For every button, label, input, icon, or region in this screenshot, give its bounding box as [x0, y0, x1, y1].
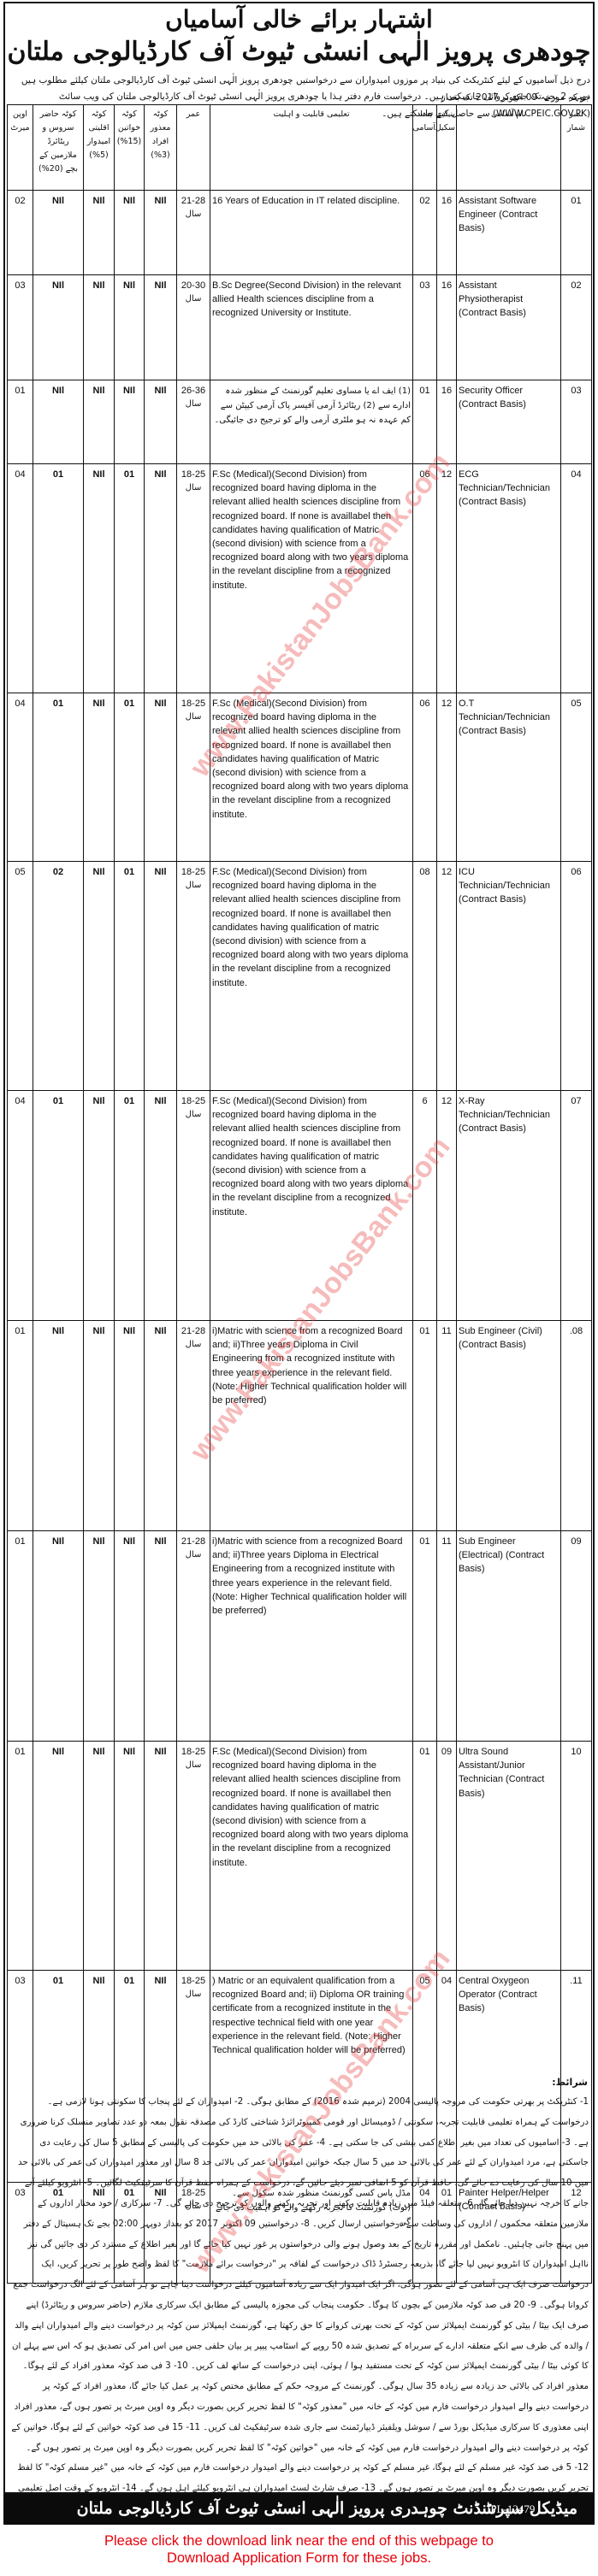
age-range: 21-28 [181, 1536, 205, 1547]
cell-sr: 10 [561, 1742, 592, 1971]
cell-women-quota: 01 [115, 693, 145, 862]
cell-qualification: F.Sc (Medical)(Second Division) from rec… [210, 1742, 413, 1971]
cell-post-name: O.T Technician/Technician (Contract Basi… [457, 693, 561, 862]
column-header-qualification: تعلیمی قابلیت و اہلیت [210, 105, 413, 191]
cell-qualification: F.Sc (Medical)(Second Division) from rec… [210, 464, 413, 693]
cell-service-quota: 01 [33, 1091, 84, 1321]
column-header-bps: بنیادی سکیل [437, 105, 457, 191]
age-range: 18-25 [181, 469, 205, 480]
table-row: 02NIlNIlNIlNIl21-28سال16 Years of Educat… [8, 191, 592, 275]
cell-posts: 6 [413, 1091, 437, 1321]
cell-posts: 06 [413, 693, 437, 862]
table-row: 01NIlNIlNIlNIl21-28سالi)Matric with scie… [8, 1321, 592, 1531]
cell-post-name: X-Ray Technician/Technician (Contract Ba… [457, 1091, 561, 1321]
cell-age: 21-28سال [177, 191, 210, 275]
cell-qualification: F.Sc (Medical)(Second Division) from rec… [210, 862, 413, 1091]
cell-minority-quota: NIl [84, 464, 115, 693]
cell-service-quota: NIl [33, 380, 84, 464]
age-unit: سال [179, 481, 208, 495]
cell-open-merit: 04 [8, 1091, 33, 1321]
cell-open-merit: 01 [8, 1321, 33, 1531]
cell-women-quota: NIl [115, 275, 145, 380]
vacancies-table: اوپن میرٹکوٹہ حاضر سروس و ریٹائرڈ ملازمی… [7, 104, 592, 2284]
cell-service-quota: NIl [33, 1742, 84, 1971]
age-unit: سال [179, 398, 208, 411]
cell-age: 18-25سال [177, 1742, 210, 1971]
ad-title: اشتہار برائے خالی آسامیاں [0, 7, 598, 32]
age-range: 18-25 [181, 867, 205, 877]
cell-bps: 12 [437, 693, 457, 862]
cell-minority-quota: NIl [84, 1321, 115, 1531]
table-body: 02NIlNIlNIlNIl21-28سال16 Years of Educat… [8, 191, 592, 2284]
column-header-disabled-quota: کوٹہ معذور افراد (3%) [145, 105, 177, 191]
signature-text: میڈیکل سپرنٹنڈنٹ چوہدری پرویز الٰہی انسٹ… [77, 2496, 577, 2521]
cell-bps: 11 [437, 1531, 457, 1742]
conditions-text: 1- کنٹریکٹ پر بھرتی حکومت کی مروجہ پالیس… [10, 2092, 589, 2520]
column-header-age: عمر [177, 105, 210, 191]
cell-disabled-quota: NIl [145, 1742, 177, 1971]
column-header-post-name: نام آسامی [457, 105, 561, 191]
age-range: 21-28 [181, 196, 205, 206]
cell-posts: 02 [413, 191, 437, 275]
cell-age: 26-36سال [177, 380, 210, 464]
age-range: 18-25 [181, 1747, 205, 1757]
cell-women-quota: 01 [115, 862, 145, 1091]
cell-qualification: (1) ایف اے یا مساوی تعلیم گورنمنٹ کے منظ… [210, 380, 413, 464]
cell-sr: 07 [561, 1091, 592, 1321]
cell-post-name: Security Officer (Contract Basis) [457, 380, 561, 464]
cell-minority-quota: NIl [84, 862, 115, 1091]
cell-minority-quota: NIl [84, 275, 115, 380]
download-notice-line-2: Download Application Form for these jobs… [0, 2549, 598, 2567]
cell-women-quota: NIl [115, 1742, 145, 1971]
cell-women-quota: 01 [115, 1091, 145, 1321]
cell-disabled-quota: NIl [145, 1321, 177, 1531]
column-header-open-merit: اوپن میرٹ [8, 105, 33, 191]
table-row: 0502NIl01NIl18-25سالF.Sc (Medical)(Secon… [8, 862, 592, 1091]
age-range: 18-25 [181, 1976, 205, 1986]
cell-qualification: i)Matric with science from a recognized … [210, 1531, 413, 1742]
cell-service-quota: NIl [33, 275, 84, 380]
cell-qualification: i)Matric with science from a recognized … [210, 1321, 413, 1531]
table-row: 0401NIl01NIl18-25سالF.Sc (Medical)(Secon… [8, 1091, 592, 1321]
cell-posts: 01 [413, 380, 437, 464]
cell-minority-quota: NIl [84, 693, 115, 862]
cell-qualification: F.Sc (Medical)(Second Division) from rec… [210, 1091, 413, 1321]
column-header-posts: تعداد آسامی [413, 105, 437, 191]
cell-bps: 12 [437, 1091, 457, 1321]
cell-age: 18-25سال [177, 1091, 210, 1321]
cell-posts: 01 [413, 1742, 437, 1971]
cell-posts: 03 [413, 275, 437, 380]
table-row: 0401NIl01NIl18-25سالF.Sc (Medical)(Secon… [8, 464, 592, 693]
cell-post-name: ICU Technician/Technician (Contract Basi… [457, 862, 561, 1091]
cell-open-merit: 01 [8, 1742, 33, 1971]
age-unit: سال [179, 208, 208, 221]
cell-minority-quota: NIl [84, 1742, 115, 1971]
cell-sr: .08 [561, 1321, 592, 1531]
cell-open-merit: 01 [8, 1531, 33, 1742]
cell-qualification: B.Sc Degree(Second Division) in the rele… [210, 275, 413, 380]
cell-sr: 05 [561, 693, 592, 862]
cell-open-merit: 03 [8, 275, 33, 380]
conditions-heading: شرائط: [552, 2077, 588, 2088]
cell-bps: 16 [437, 380, 457, 464]
cell-post-name: ECG Technician/Technician (Contract Basi… [457, 464, 561, 693]
table-row: 01NIlNIlNIlNIl26-36سال(1) ایف اے یا مساو… [8, 380, 592, 464]
age-unit: سال [179, 879, 208, 893]
cell-service-quota: 01 [33, 693, 84, 862]
download-notice: Please click the download link near the … [0, 2532, 598, 2567]
cell-bps: 16 [437, 191, 457, 275]
age-range: 21-28 [181, 1326, 205, 1336]
cell-sr: 01 [561, 191, 592, 275]
cell-open-merit: 04 [8, 693, 33, 862]
column-header-service-quota: کوٹہ حاضر سروس و ریٹائرڈ ملازمین کے بچے … [33, 105, 84, 191]
cell-disabled-quota: NIl [145, 380, 177, 464]
cell-bps: 12 [437, 464, 457, 693]
age-unit: سال [179, 1988, 208, 2001]
age-unit: سال [179, 1759, 208, 1772]
cell-age: 21-28سال [177, 1531, 210, 1742]
cell-post-name: Ultra Sound Assistant/Junior Technician … [457, 1742, 561, 1971]
age-unit: سال [179, 1338, 208, 1352]
table-row: 03NIlNIlNIlNIl20-30سالB.Sc Degree(Second… [8, 275, 592, 380]
cell-bps: 11 [437, 1321, 457, 1531]
age-unit: سال [179, 710, 208, 724]
age-range: 20-30 [181, 280, 205, 291]
table-row: 01NIlNIlNIlNIl18-25سالF.Sc (Medical)(Sec… [8, 1742, 592, 1971]
cell-minority-quota: NIl [84, 191, 115, 275]
cell-women-quota: 01 [115, 464, 145, 693]
cell-women-quota: NIl [115, 380, 145, 464]
cell-disabled-quota: NIl [145, 1091, 177, 1321]
cell-qualification: F.Sc (Medical)(Second Division) from rec… [210, 693, 413, 862]
cell-disabled-quota: NIl [145, 1531, 177, 1742]
cell-minority-quota: NIl [84, 1531, 115, 1742]
cell-post-name: Assistant Software Engineer (Contract Ba… [457, 191, 561, 275]
cell-age: 18-25سال [177, 693, 210, 862]
age-unit: سال [179, 292, 208, 306]
cell-service-quota: 01 [33, 464, 84, 693]
cell-disabled-quota: NIl [145, 464, 177, 693]
cell-disabled-quota: NIl [145, 862, 177, 1091]
cell-disabled-quota: NIl [145, 191, 177, 275]
cell-sr: 06 [561, 862, 592, 1091]
cell-age: 18-25سال [177, 464, 210, 693]
cell-service-quota: NIl [33, 1531, 84, 1742]
institute-name: چودھری پرویز الٰہی انسٹی ٹیوٹ آف کارڈیال… [0, 38, 598, 67]
column-header-minority-quota: کوٹہ اقلیتی امیدوار (5%) [84, 105, 115, 191]
cell-open-merit: 02 [8, 191, 33, 275]
cell-service-quota: NIl [33, 191, 84, 275]
cell-sr: 09 [561, 1531, 592, 1742]
cell-post-name: Sub Engineer (Electrical) (Contract Basi… [457, 1531, 561, 1742]
cell-age: 20-30سال [177, 275, 210, 380]
age-unit: سال [179, 1108, 208, 1122]
cell-service-quota: 02 [33, 862, 84, 1091]
cell-age: 21-28سال [177, 1321, 210, 1531]
cell-sr: 03 [561, 380, 592, 464]
table-row: 01NIlNIlNIlNIl21-28سالi)Matric with scie… [8, 1531, 592, 1742]
age-unit: سال [179, 1548, 208, 1562]
cell-bps: 16 [437, 275, 457, 380]
cell-sr: 04 [561, 464, 592, 693]
age-range: 26-36 [181, 386, 205, 396]
column-header-sr: نمبر شمار [561, 105, 592, 191]
download-notice-line-1: Please click the download link near the … [0, 2532, 598, 2549]
cell-posts: 08 [413, 862, 437, 1091]
cell-post-name: Assistant Physiotherapist (Contract Basi… [457, 275, 561, 380]
cell-qualification: 16 Years of Education in IT related disc… [210, 191, 413, 275]
cell-service-quota: NIl [33, 1321, 84, 1531]
table-row: 0401NIl01NIl18-25سالF.Sc (Medical)(Secon… [8, 693, 592, 862]
age-range: 18-25 [181, 699, 205, 709]
cell-disabled-quota: NIl [145, 693, 177, 862]
cell-open-merit: 05 [8, 862, 33, 1091]
age-range: 18-25 [181, 1096, 205, 1106]
cell-minority-quota: NIl [84, 380, 115, 464]
cell-bps: 12 [437, 862, 457, 1091]
cell-posts: 01 [413, 1531, 437, 1742]
cell-posts: 06 [413, 464, 437, 693]
column-header-women-quota: کوٹہ خواتین (15%) [115, 105, 145, 191]
cell-women-quota: NIl [115, 1321, 145, 1531]
footer-signature-bar: IPL-12479 میڈیکل سپرنٹنڈنٹ چوہدری پرویز … [3, 2494, 595, 2525]
cell-age: 18-25سال [177, 862, 210, 1091]
cell-sr: 02 [561, 275, 592, 380]
cell-women-quota: NIl [115, 191, 145, 275]
cell-women-quota: NIl [115, 1531, 145, 1742]
cell-open-merit: 01 [8, 380, 33, 464]
cell-post-name: Sub Engineer (Civil) (Contract Basis) [457, 1321, 561, 1531]
cell-disabled-quota: NIl [145, 275, 177, 380]
cell-minority-quota: NIl [84, 1091, 115, 1321]
cell-open-merit: 04 [8, 464, 33, 693]
cell-posts: 01 [413, 1321, 437, 1531]
cell-bps: 09 [437, 1742, 457, 1971]
table-header-row: اوپن میرٹکوٹہ حاضر سروس و ریٹائرڈ ملازمی… [8, 105, 592, 191]
